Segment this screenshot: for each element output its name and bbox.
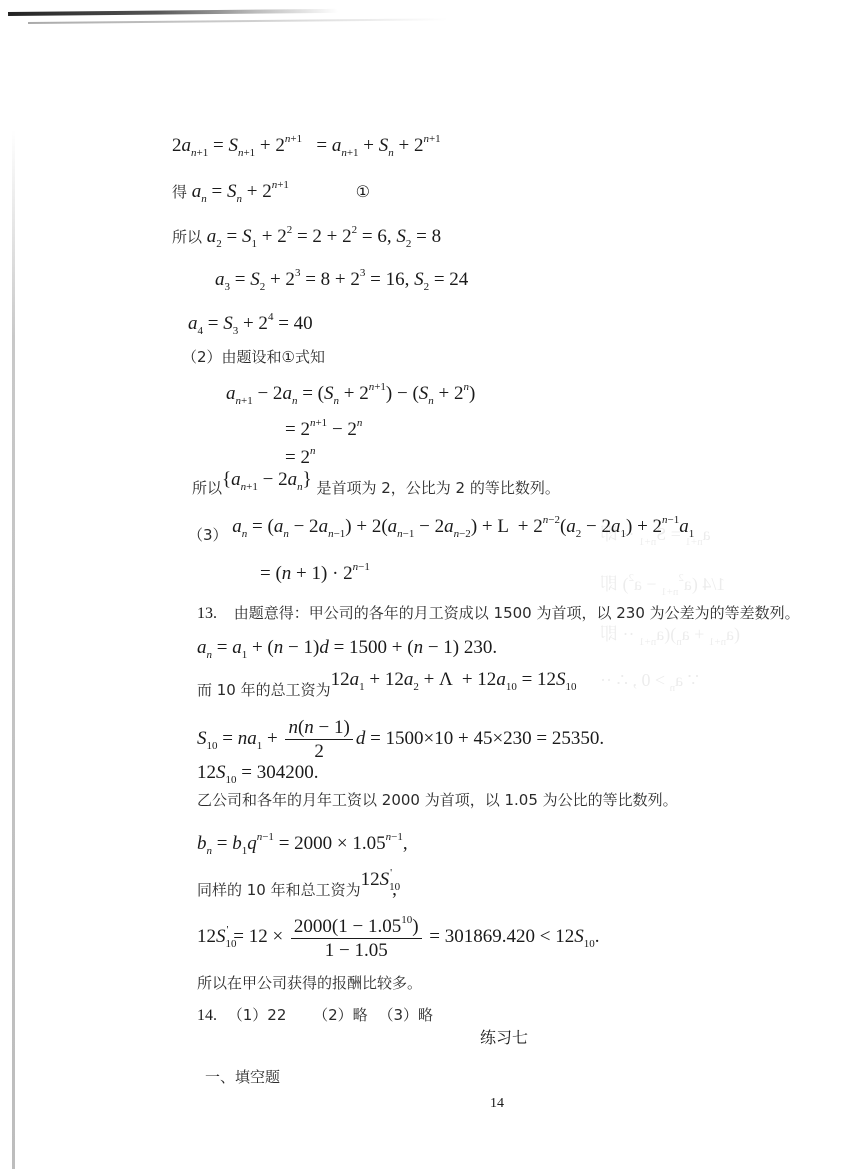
problem14-answer-3: （3）略 [378,1006,433,1024]
page-number: 14 [490,1097,504,1111]
problem13-intro-text: 由题意得：甲公司的各年的月工资成以 1500 为首项，以 230 为公差为的等差… [234,604,800,622]
company-b-total-eq: 12S10' = 12 × 2000(1 − 1.0510)1 − 1.05 =… [197,915,599,960]
section-subtitle: 一、填空题 [205,1070,280,1085]
part2-label: （2）由题设和①式知 [182,350,325,365]
bleed-through-text: 1/4 (a2n+1 − a2) 即 [600,570,725,598]
scan-edge-fold-top [28,18,448,24]
section-title: 练习七 [480,1030,528,1046]
bleed-through-text: ∵ an > 0 , ∴ ·· [600,670,699,694]
company-b-total: 同样的 10 年和总工资为12S10', [197,868,397,893]
part2-eq2: = 2n+1 − 2n [285,418,362,439]
eq-a3-line: a3 = S2 + 23 = 8 + 23 = 16, S2 = 24 [215,268,468,293]
text-de: 得 [172,183,187,201]
problem13-total-prefix: 而 10 年的总工资为 [197,681,331,699]
fraction: 2000(1 − 1.0510)1 − 1.05 [291,915,422,960]
company-b-intro: 乙公司和各年的月年工资以 2000 为首项，以 1.05 为公比的等比数列。 [197,793,678,808]
part2-conclusion-text: 是首项为 2，公比为 2 的等比数列。 [316,479,559,497]
fraction: n(n − 1)2 [285,718,352,761]
problem13-eq-an: an = a1 + (n − 1)d = 1500 + (n − 1) 230. [197,638,497,661]
eq-an-line: 得 an = Sn + 2n+1 ① [172,180,370,205]
part2-conclusion: 所以{an+1 − 2an} 是首项为 2，公比为 2 的等比数列。 [192,478,560,501]
eq-a2-line: 所以 a2 = S1 + 22 = 2 + 22 = 6, S2 = 8 [172,225,441,250]
problem13-eq-bn: bn = b1qn−1 = 2000 × 1.05n−1, [197,832,408,857]
scan-edge-shadow-left [12,130,15,1169]
problem14-number: 14. [197,1007,217,1024]
text-suoyi-2: 所以 [192,479,222,497]
problem13-number: 13. [197,605,217,622]
problem13-12s10: 12S10 = 304200. [197,763,318,786]
bleed-through-text: (an+1 + an)(an+1 ·· 即 [600,620,740,648]
scan-edge-shadow-top [8,9,338,16]
part3-eq2: = (n + 1) · 2n−1 [260,562,370,583]
eq-a4-line: a4 = S3 + 24 = 40 [188,312,313,337]
company-b-total-prefix: 同样的 10 年和总工资为 [197,881,361,899]
problem13-total: 而 10 年的总工资为12a1 + 12a2 + Λ + 12a10 = 12S… [197,670,577,693]
part3-label: （3） [188,526,228,544]
problem13-conclusion: 所以在甲公司获得的报酬比较多。 [197,976,422,991]
problem14-answer-2: （2）略 [313,1006,368,1024]
part3-eq1: （3） an = (an − 2an−1) + 2(an−1 − 2an−2) … [188,515,694,540]
problem14: 14. （1）22 （2）略 （3）略 [197,1005,433,1024]
part2-eq3: = 2n [285,446,315,467]
problem14-answer-1: （1）22 [228,1006,287,1024]
eq-2an1: 2an+1 = Sn+1 + 2n+1 = an+1 + Sn + 2n+1 [172,134,441,159]
problem13-s10: S10 = na1 + n(n − 1)2d = 1500×10 + 45×23… [197,718,604,761]
part2-eq1: an+1 − 2an = (Sn + 2n+1) − (Sn + 2n) [226,382,475,407]
problem13-intro: 13. 由题意得：甲公司的各年的月工资成以 1500 为首项，以 230 为公差… [197,603,800,622]
equation-marker-1: ① [356,182,370,201]
text-suoyi: 所以 [172,228,202,246]
